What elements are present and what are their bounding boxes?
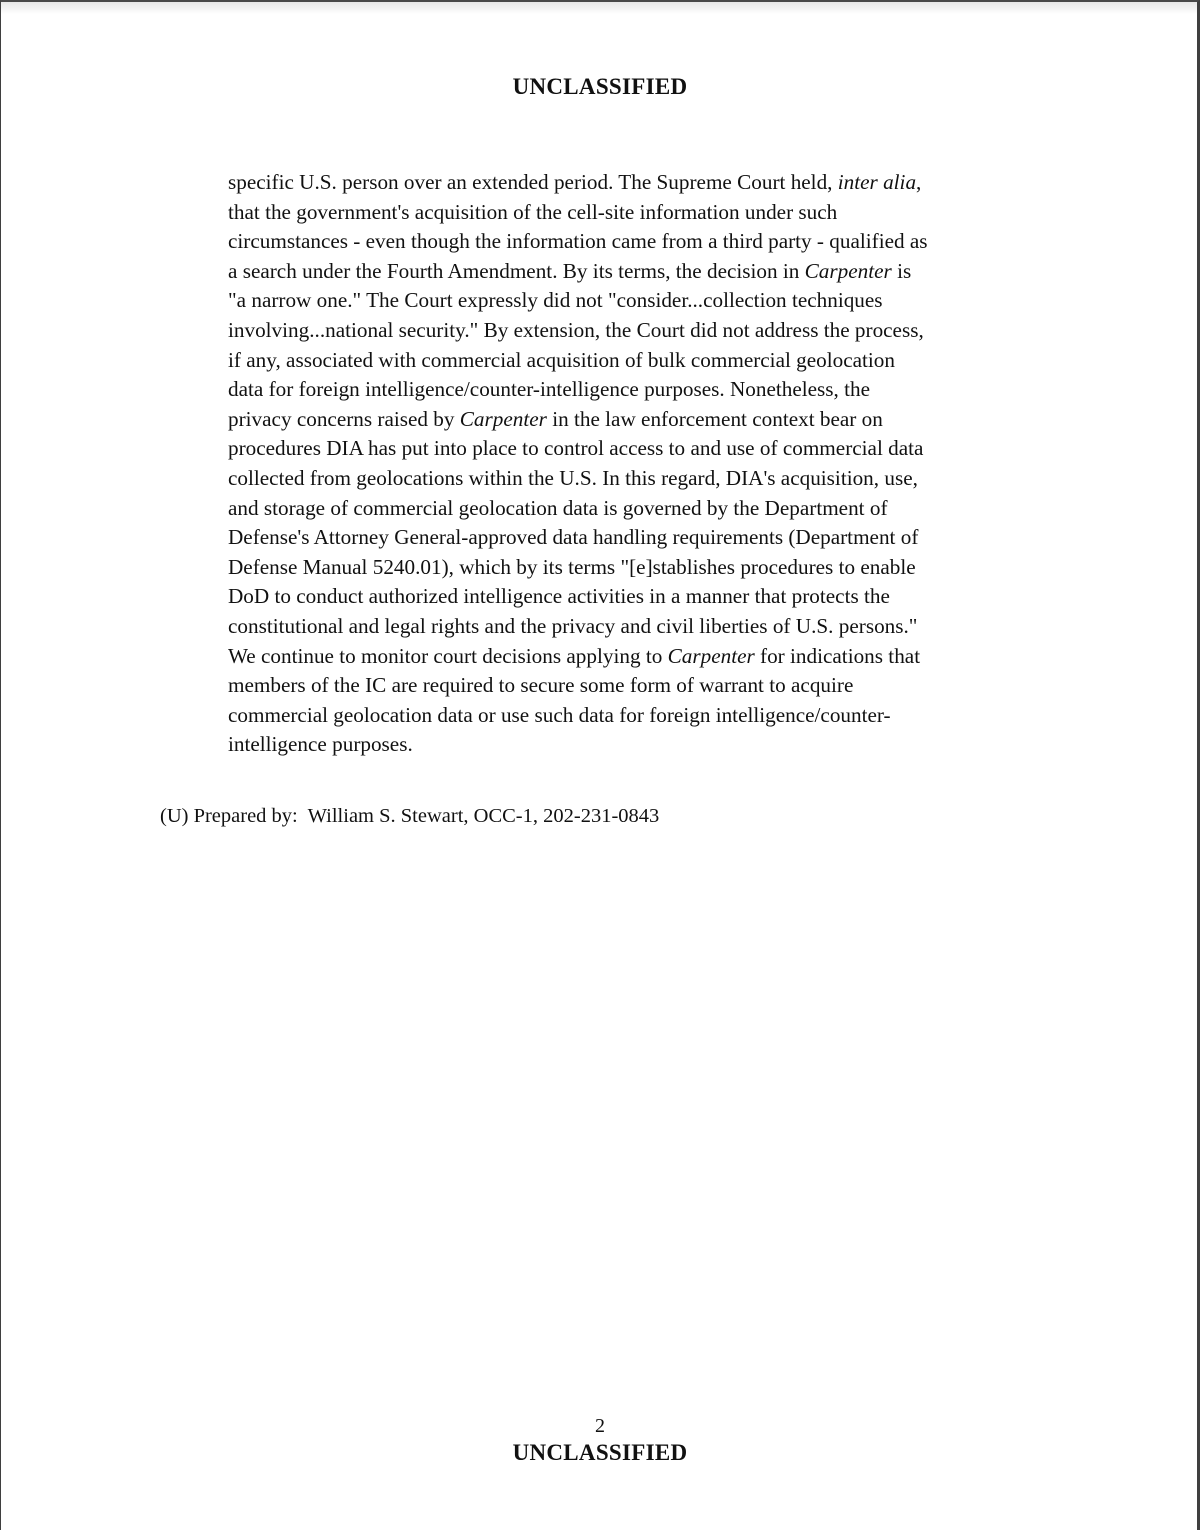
paragraph-line: privacy concerns raised by Carpenter in … — [228, 405, 1048, 435]
paragraph-line: Defense Manual 5240.01), which by its te… — [228, 553, 1048, 583]
body-paragraph: specific U.S. person over an extended pe… — [228, 168, 1048, 760]
paragraph-line: data for foreign intelligence/counter-in… — [228, 375, 1048, 405]
paragraph-line: circumstances - even though the informat… — [228, 227, 1048, 257]
paragraph-line: commercial geolocation data or use such … — [228, 701, 1048, 731]
paragraph-line: a search under the Fourth Amendment. By … — [228, 257, 1048, 287]
paragraph-line: collected from geolocations within the U… — [228, 464, 1048, 494]
paragraph-line: "a narrow one." The Court expressly did … — [228, 286, 1048, 316]
paragraph-line: that the government's acquisition of the… — [228, 198, 1048, 228]
paragraph-line: DoD to conduct authorized intelligence a… — [228, 582, 1048, 612]
paragraph-line: constitutional and legal rights and the … — [228, 612, 1048, 642]
paragraph-line: specific U.S. person over an extended pe… — [228, 168, 1048, 198]
footer-classification-banner: UNCLASSIFIED — [0, 1440, 1200, 1466]
paragraph-line: members of the IC are required to secure… — [228, 671, 1048, 701]
header-classification-banner: UNCLASSIFIED — [0, 74, 1200, 100]
paragraph-line: intelligence purposes. — [228, 730, 1048, 760]
paragraph-line: involving...national security." By exten… — [228, 316, 1048, 346]
document-page: UNCLASSIFIED specific U.S. person over a… — [0, 0, 1200, 1530]
paragraph-line: if any, associated with commercial acqui… — [228, 346, 1048, 376]
paragraph-line: and storage of commercial geolocation da… — [228, 494, 1048, 524]
prepared-by-line: (U) Prepared by: William S. Stewart, OCC… — [160, 805, 659, 828]
paragraph-line: Defense's Attorney General-approved data… — [228, 523, 1048, 553]
paragraph-line: We continue to monitor court decisions a… — [228, 642, 1048, 672]
paragraph-line: procedures DIA has put into place to con… — [228, 434, 1048, 464]
page-number: 2 — [0, 1415, 1200, 1438]
